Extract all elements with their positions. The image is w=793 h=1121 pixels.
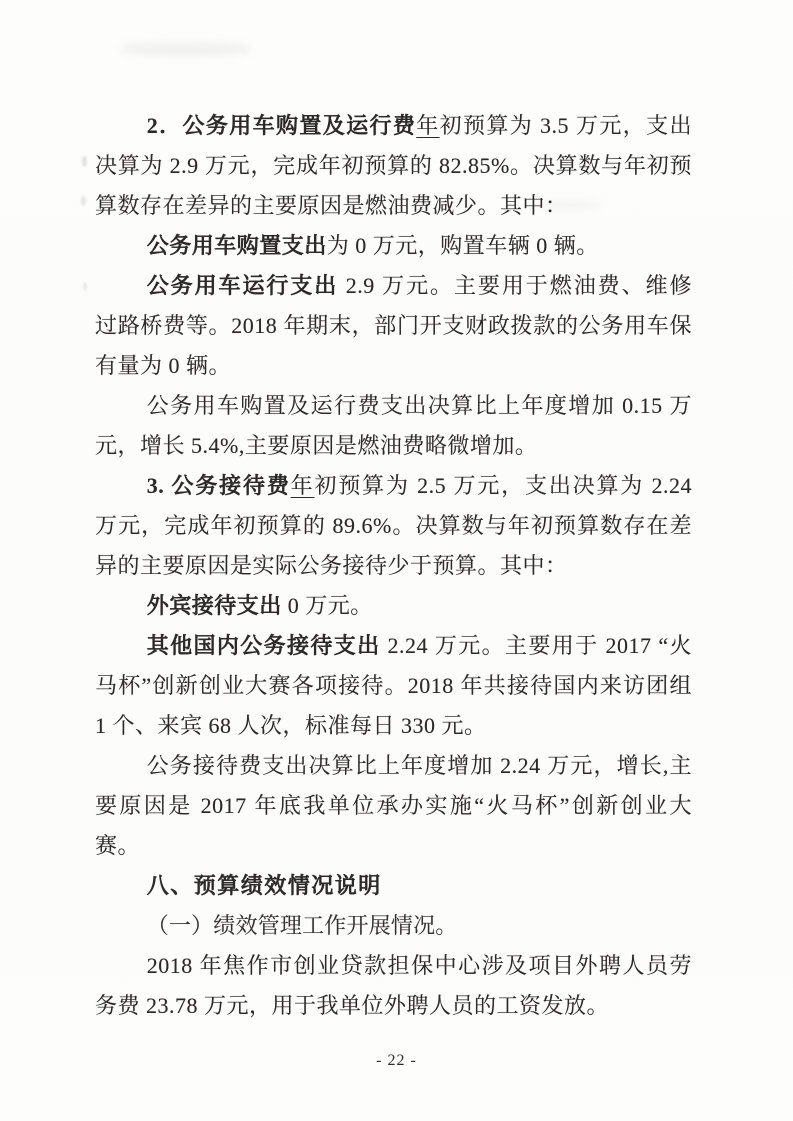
text-segment: 万元，完成年初预算的 89.6%。决算数与年初预算数存在差: [95, 513, 692, 538]
scan-artifact: [81, 196, 86, 206]
text-segment: 初预算为 3.5 万元，支出: [440, 113, 692, 138]
document-page: 2．公务用车购置及运行费年初预算为 3.5 万元，支出决算为 2.9 万元，完成…: [0, 0, 793, 1121]
text-line: 万元，完成年初预算的 89.6%。决算数与年初预算数存在差: [95, 506, 692, 546]
text-segment: 异的主要原因是实际公务接待少于预算。其中：: [95, 553, 568, 578]
text-segment: 元，增长 5.4%,主要原因是燃油费略微增加。: [95, 433, 537, 458]
text-line: 有量为 0 辆。: [95, 346, 692, 386]
text-segment: 决算为 2.9 万元，完成年初预算的 82.85%。决算数与年初预: [95, 153, 692, 178]
text-line: 3. 公务接待费年初预算为 2.5 万元，支出决算为 2.24: [95, 466, 692, 506]
text-segment: 算数存在差异的主要原因是燃油费减少。其中：: [95, 193, 568, 218]
text-line: 要原因是 2017 年底我单位承办实施“火马杯”创新创业大: [95, 786, 692, 826]
underlined-text: 年: [416, 113, 439, 138]
text-line: 算数存在差异的主要原因是燃油费减少。其中：: [95, 186, 692, 226]
text-line: 其他国内公务接待支出 2.24 万元。主要用于 2017 “火: [95, 626, 692, 666]
section-heading: 八、预算绩效情况说明: [95, 866, 692, 906]
text-segment: 1 个、来宾 68 人次，标准每日 330 元。: [95, 713, 487, 738]
text-line: 公务用车运行支出 2.9 万元。主要用于燃油费、维修费、: [95, 266, 692, 306]
text-segment: 有量为 0 辆。: [95, 353, 231, 378]
text-segment: 公务用车购置及运行费支出决算比上年度增加 0.15 万: [147, 393, 692, 418]
bold-label: 其他国内公务接待支出: [147, 633, 381, 658]
text-segment: 务费 23.78 万元，用于我单位外聘人员的工资发放。: [95, 993, 609, 1018]
text-line: 1 个、来宾 68 人次，标准每日 330 元。: [95, 706, 692, 746]
text-line: 2018 年焦作市创业贷款担保中心涉及项目外聘人员劳: [95, 946, 692, 986]
page-number: - 22 -: [0, 1052, 793, 1070]
text-line: 公务接待费支出决算比上年度增加 2.24 万元，增长,主: [95, 746, 692, 786]
bold-label: 外宾接待支出: [147, 593, 282, 618]
text-line: 外宾接待支出 0 万元。: [95, 586, 692, 626]
text-line: 务费 23.78 万元，用于我单位外聘人员的工资发放。: [95, 986, 692, 1026]
text-line: 2．公务用车购置及运行费年初预算为 3.5 万元，支出: [95, 106, 692, 146]
text-segment: 要原因是 2017 年底我单位承办实施“火马杯”创新创业大: [95, 793, 692, 818]
bold-label: 2．公务用车购置及运行费: [147, 113, 417, 138]
scan-artifact: [83, 282, 87, 291]
scan-artifact: [82, 156, 87, 167]
text-line: 异的主要原因是实际公务接待少于预算。其中：: [95, 546, 692, 586]
text-segment: 八、预算绩效情况说明: [147, 873, 382, 898]
bold-label: 3. 公务接待费: [147, 473, 291, 498]
underlined-text: 年: [291, 473, 315, 498]
text-segment: 公务接待费支出决算比上年度增加 2.24 万元，增长,主: [147, 753, 692, 778]
text-line: 赛。: [95, 826, 692, 866]
text-segment: 0 万元。: [282, 593, 373, 618]
scan-smudge: [120, 42, 250, 56]
text-line: 公务用车购置及运行费支出决算比上年度增加 0.15 万: [95, 386, 692, 426]
bold-label: 公务用车运行支出: [147, 273, 339, 298]
text-segment: 过路桥费等。2018 年期末，部门开支财政拨款的公务用车保: [95, 313, 692, 338]
text-segment: 为 0 万元，购置车辆 0 辆。: [327, 233, 599, 258]
text-segment: 初预算为 2.5 万元，支出决算为 2.24: [315, 473, 692, 498]
text-line: 决算为 2.9 万元，完成年初预算的 82.85%。决算数与年初预: [95, 146, 692, 186]
text-line: 过路桥费等。2018 年期末，部门开支财政拨款的公务用车保: [95, 306, 692, 346]
text-segment: 马杯”创新创业大赛各项接待。2018 年共接待国内来访团组: [95, 673, 692, 698]
text-segment: 2.24 万元。主要用于 2017 “火: [381, 633, 692, 658]
text-line: 马杯”创新创业大赛各项接待。2018 年共接待国内来访团组: [95, 666, 692, 706]
text-segment: （一）绩效管理工作开展情况。: [147, 913, 458, 938]
text-line: （一）绩效管理工作开展情况。: [95, 906, 692, 946]
text-line: 元，增长 5.4%,主要原因是燃油费略微增加。: [95, 426, 692, 466]
text-segment: 赛。: [95, 833, 140, 858]
text-line: 公务用车购置支出为 0 万元，购置车辆 0 辆。: [95, 226, 692, 266]
text-segment: 2018 年焦作市创业贷款担保中心涉及项目外聘人员劳: [147, 953, 692, 978]
bold-label: 公务用车购置支出: [147, 233, 327, 258]
doc-body: 2．公务用车购置及运行费年初预算为 3.5 万元，支出决算为 2.9 万元，完成…: [95, 106, 692, 1026]
